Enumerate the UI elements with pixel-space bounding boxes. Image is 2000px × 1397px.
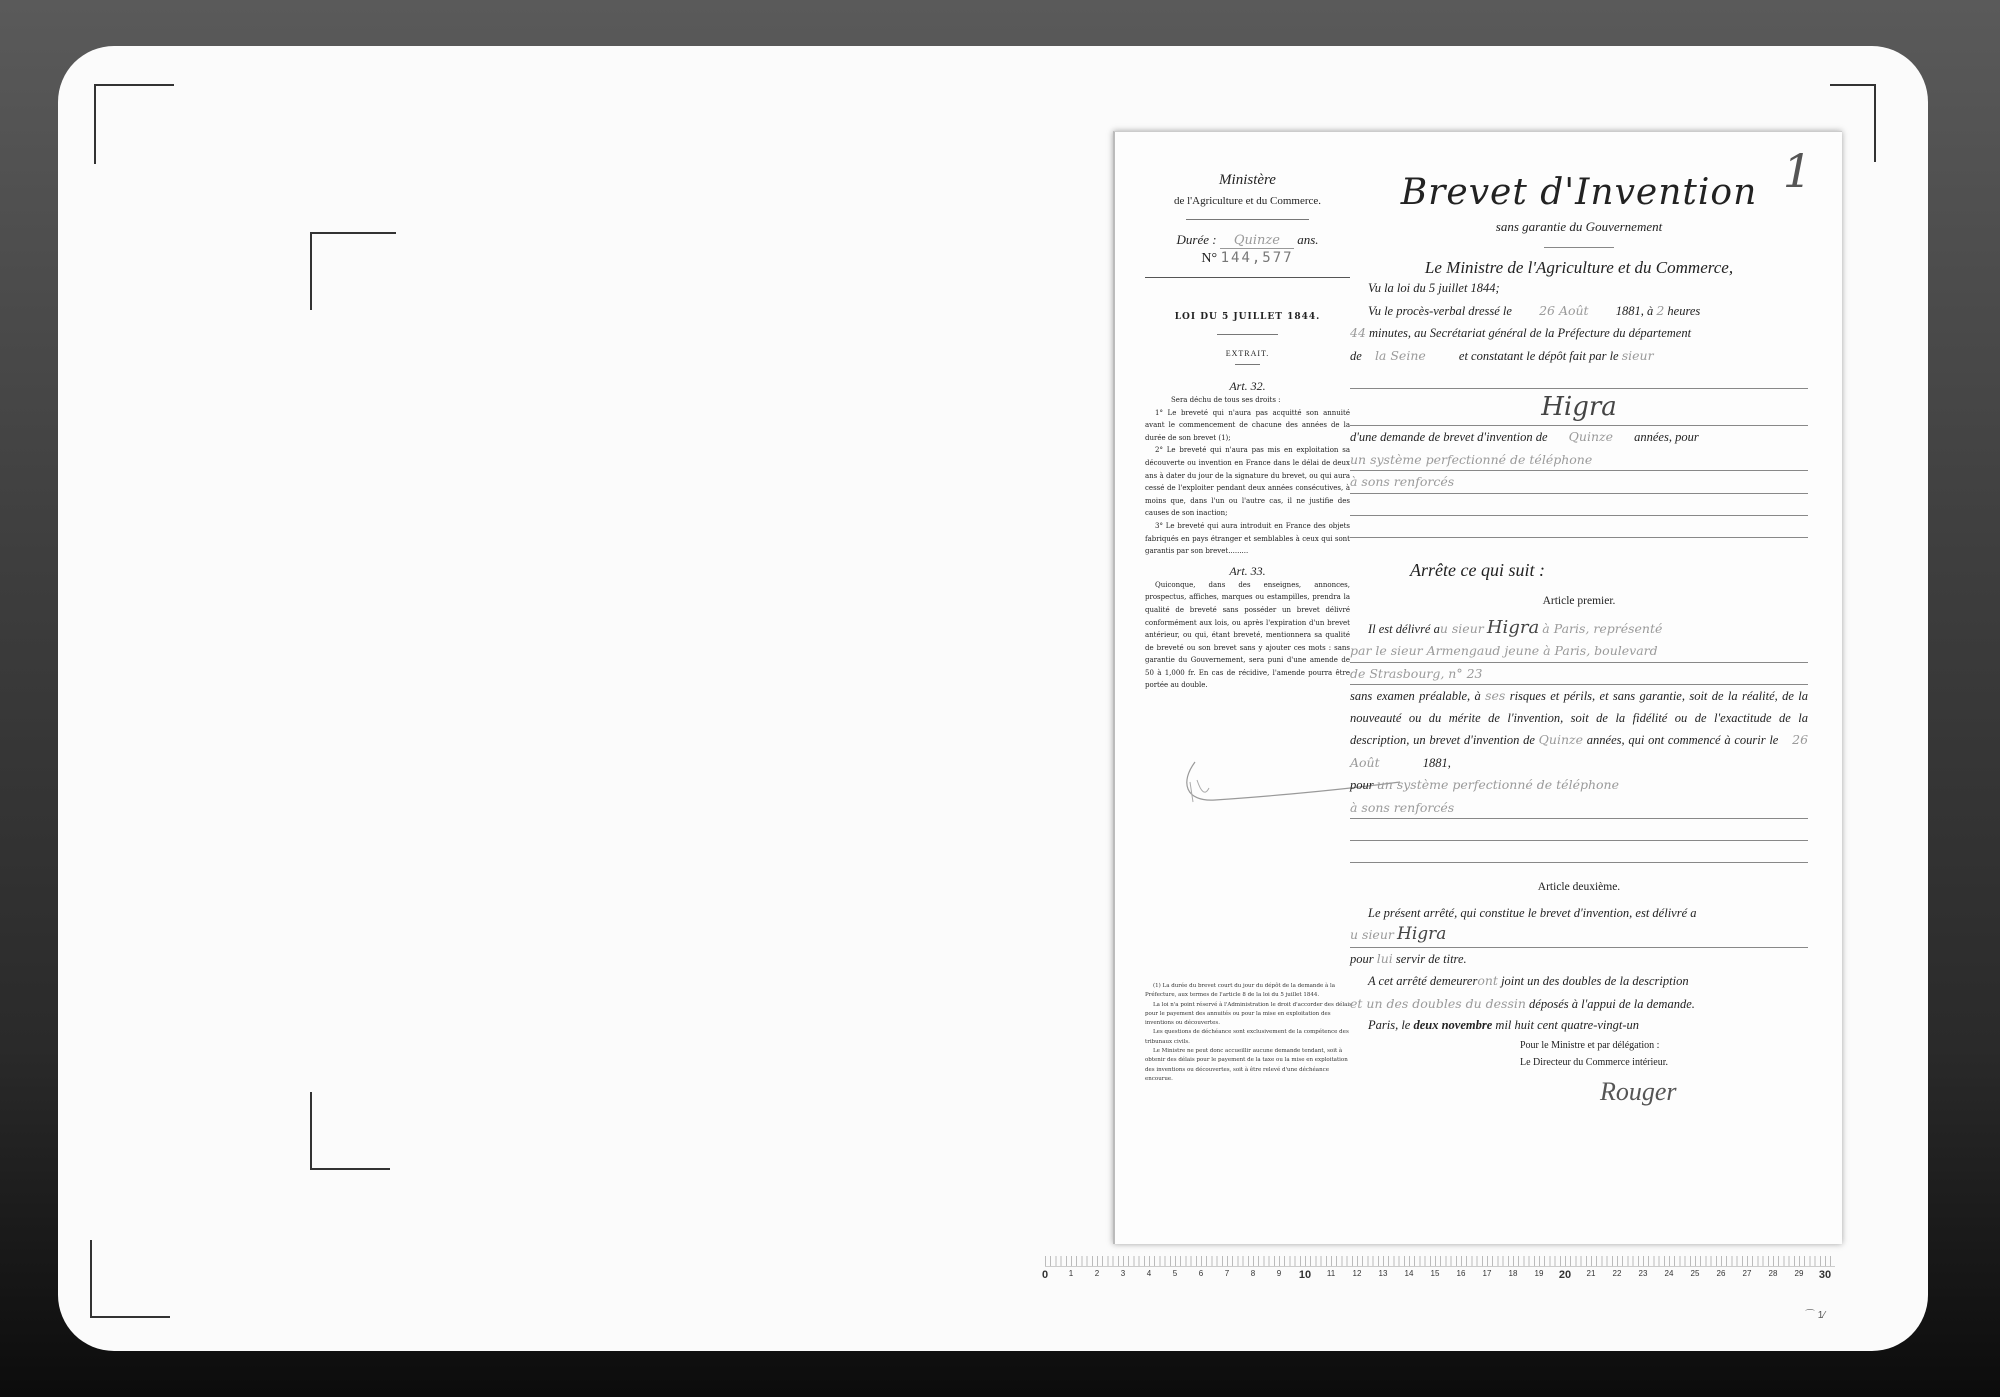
ruler-label: 23: [1639, 1269, 1648, 1278]
ruler-label: 1: [1069, 1269, 1073, 1278]
article-2-heading: Article deuxième.: [1350, 877, 1808, 899]
ruler-label: 12: [1353, 1269, 1362, 1278]
ruler-label: 6: [1199, 1269, 1203, 1278]
left-margin-column: Ministère de l'Agriculture et du Commerc…: [1145, 172, 1350, 692]
depositor-name: Higra: [1350, 389, 1808, 426]
ruler-label: 19: [1535, 1269, 1544, 1278]
ruler-label: 22: [1613, 1269, 1622, 1278]
measurement-ruler: 0123456789101112131415161718192021222324…: [1045, 1256, 1835, 1302]
ruler-label: 3: [1121, 1269, 1125, 1278]
ruler-label: 10: [1299, 1269, 1311, 1281]
duration-value: Quinze: [1220, 233, 1294, 249]
grantee-name: Higra: [1487, 617, 1539, 638]
ruler-label: 20: [1559, 1269, 1571, 1281]
article-33-title: Art. 33.: [1145, 564, 1350, 579]
ministry-subtitle: de l'Agriculture et du Commerce.: [1145, 195, 1350, 207]
archive-stamp: ⌒ 1⁄: [1805, 1306, 1825, 1321]
patent-number-value: 144,577: [1221, 250, 1294, 266]
ruler-label: 8: [1251, 1269, 1255, 1278]
divider: [1235, 364, 1260, 365]
ruler-label: 4: [1147, 1269, 1151, 1278]
pv-date: 26 Août: [1515, 303, 1613, 318]
ruler-label: 27: [1743, 1269, 1752, 1278]
law-heading: LOI DU 5 JUILLET 1844.: [1145, 312, 1350, 322]
preamble: Vu la loi du 5 juillet 1844; Vu le procè…: [1350, 278, 1808, 1037]
ruler-label: 30: [1819, 1269, 1831, 1281]
article-32-text: Sera déchu de tous ses droits : 1° Le br…: [1145, 394, 1350, 558]
ruler-label: 9: [1277, 1269, 1281, 1278]
ruler-label: 15: [1431, 1269, 1440, 1278]
ruler-label: 28: [1769, 1269, 1778, 1278]
document-subtitle: sans garantie du Gouvernement: [1350, 219, 1808, 235]
main-column: Brevet d'Invention sans garantie du Gouv…: [1350, 172, 1808, 1107]
crop-mark-top-left-outer: [94, 84, 174, 164]
article-32-title: Art. 32.: [1145, 379, 1350, 394]
ruler-label: 24: [1665, 1269, 1674, 1278]
patent-number: N° 144,577: [1145, 250, 1350, 267]
ruler-label: 18: [1509, 1269, 1518, 1278]
patent-document: 1 Ministère de l'Agriculture et du Comme…: [1113, 131, 1842, 1244]
ruler-label: 7: [1225, 1269, 1229, 1278]
divider: [1217, 334, 1279, 335]
crop-mark-top-left-inner: [310, 232, 396, 310]
invention-title-line-2: à sons renforcés: [1350, 471, 1808, 494]
arrete-heading: Arrête ce qui suit :: [1410, 560, 1808, 582]
ruler-labels: 0123456789101112131415161718192021222324…: [1045, 1267, 1835, 1285]
article-1-heading: Article premier.: [1350, 591, 1808, 613]
ministry-title: Ministère: [1145, 172, 1350, 189]
date-line: Paris, le deux novembre mil huit cent qu…: [1350, 1015, 1808, 1037]
signature-block: Pour le Ministre et par délégation : Le …: [1520, 1037, 1808, 1071]
minister-heading: Le Ministre de l'Agriculture et du Comme…: [1350, 258, 1808, 278]
ruler-label: 26: [1717, 1269, 1726, 1278]
ruler-ticks: [1045, 1256, 1835, 1267]
ruler-label: 16: [1457, 1269, 1466, 1278]
ruler-label: 5: [1173, 1269, 1177, 1278]
crop-mark-bottom-left-outer: [90, 1240, 170, 1318]
ruler-label: 14: [1405, 1269, 1414, 1278]
ruler-label: 29: [1795, 1269, 1804, 1278]
ruler-label: 0: [1042, 1269, 1048, 1281]
ruler-label: 25: [1691, 1269, 1700, 1278]
extract-heading: EXTRAIT.: [1145, 349, 1350, 358]
crop-mark-bottom-left-inner: [310, 1092, 390, 1170]
document-title: Brevet d'Invention: [1350, 172, 1808, 213]
article-33-text: Quiconque, dans des enseignes, annonces,…: [1145, 579, 1350, 692]
ruler-label: 21: [1587, 1269, 1596, 1278]
divider: [1186, 219, 1309, 220]
ruler-label: 13: [1379, 1269, 1388, 1278]
signature: Rouger: [1600, 1077, 1808, 1107]
department-value: la Seine: [1365, 348, 1456, 363]
invention-title-line-1: un système perfectionné de téléphone: [1350, 449, 1808, 472]
ruler-label: 2: [1095, 1269, 1099, 1278]
divider: [1145, 277, 1350, 278]
footnotes: (1) La durée du brevet court du jour du …: [1145, 982, 1353, 1084]
ruler-label: 11: [1327, 1269, 1335, 1278]
duration-field: Durée : Quinze ans.: [1145, 232, 1350, 248]
ruler-label: 17: [1483, 1269, 1492, 1278]
divider: [1544, 247, 1614, 248]
